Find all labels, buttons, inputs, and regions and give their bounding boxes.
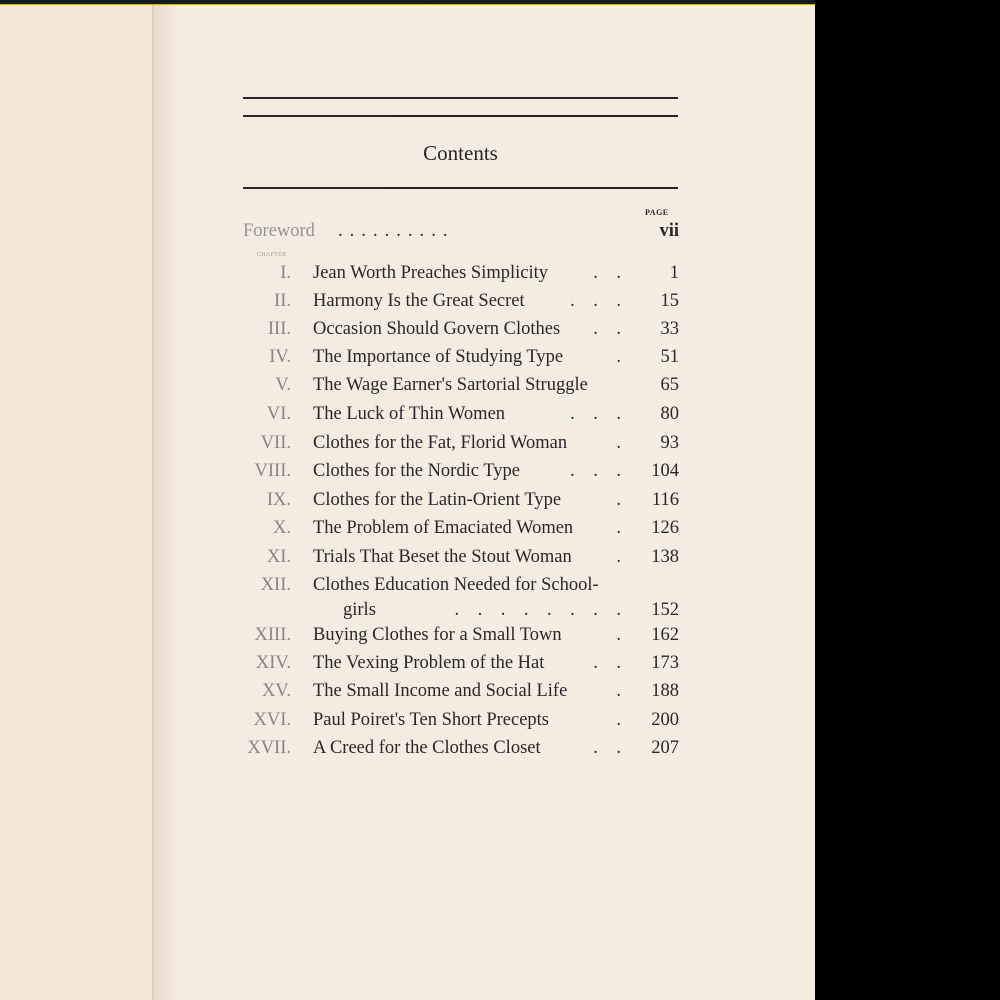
- leader-dots: . .: [593, 653, 621, 674]
- toc-chapter-row[interactable]: II.Harmony Is the Great Secret. . .15: [243, 291, 679, 317]
- chapter-title: Clothes for the Latin-Orient Type: [313, 490, 561, 511]
- chapter-page: 1: [670, 263, 679, 284]
- chapter-numeral: III.: [268, 319, 291, 340]
- toc-chapter-row[interactable]: XV.The Small Income and Social Life.188: [243, 681, 679, 707]
- chapter-page: 126: [651, 518, 679, 539]
- chapter-numeral: X.: [273, 518, 291, 539]
- chapter-title: Trials That Beset the Stout Woman: [313, 547, 572, 568]
- toc-chapter-row[interactable]: XIV.The Vexing Problem of the Hat. .173: [243, 653, 679, 679]
- chapter-page: 138: [651, 547, 679, 568]
- chapter-title: The Problem of Emaciated Women: [313, 518, 573, 539]
- leader-dots: .: [616, 547, 621, 568]
- chapter-page: 93: [661, 433, 680, 454]
- chapter-title: A Creed for the Clothes Closet: [313, 738, 541, 759]
- chapter-numeral: IV.: [269, 347, 291, 368]
- leader-dots: . . . . . . . . . .: [338, 221, 449, 242]
- toc-chapter-row[interactable]: X.The Problem of Emaciated Women.126: [243, 518, 679, 544]
- foreword-page: vii: [659, 221, 679, 242]
- foreword-title: Foreword: [243, 221, 315, 242]
- chapter-title: The Small Income and Social Life: [313, 681, 567, 702]
- toc-chapter-row[interactable]: XII.Clothes Education Needed for School-: [243, 575, 679, 601]
- chapter-page: 51: [661, 347, 680, 368]
- leader-dots: . . .: [570, 291, 621, 312]
- chapter-title: The Importance of Studying Type: [313, 347, 563, 368]
- chapter-title: Harmony Is the Great Secret: [313, 291, 525, 312]
- chapter-numeral: VI.: [267, 404, 291, 425]
- chapter-numeral: VII.: [261, 433, 291, 454]
- chapter-title: Buying Clothes for a Small Town: [313, 625, 562, 646]
- toc-chapter-continuation[interactable]: girls. . . . . . . .152: [243, 600, 679, 626]
- leader-dots: .: [616, 518, 621, 539]
- chapter-title-continuation: girls: [343, 600, 376, 621]
- chapter-numeral: II.: [274, 291, 291, 312]
- chapter-title: Clothes for the Fat, Florid Woman: [313, 433, 567, 454]
- chapter-numeral: V.: [275, 375, 291, 396]
- chapter-title: The Luck of Thin Women: [313, 404, 505, 425]
- chapter-page: 65: [661, 375, 680, 396]
- chapter-page: 162: [651, 625, 679, 646]
- leader-dots: .: [616, 625, 621, 646]
- chapter-numeral: VIII.: [255, 461, 291, 482]
- chapter-title: Paul Poiret's Ten Short Precepts: [313, 710, 549, 731]
- chapter-numeral: XI.: [267, 547, 291, 568]
- toc-chapter-row[interactable]: V.The Wage Earner's Sartorial Struggle65: [243, 375, 679, 401]
- leader-dots: . . .: [570, 404, 621, 425]
- toc-chapter-row[interactable]: XI.Trials That Beset the Stout Woman.138: [243, 547, 679, 573]
- chapter-page: 33: [661, 319, 680, 340]
- toc-chapter-row[interactable]: XVI.Paul Poiret's Ten Short Precepts.200: [243, 710, 679, 736]
- toc-chapter-row[interactable]: IX.Clothes for the Latin-Orient Type.116: [243, 490, 679, 516]
- chapter-page: 80: [661, 404, 680, 425]
- chapter-column-label: CHAPTER: [257, 252, 286, 258]
- toc-chapter-row[interactable]: XVII.A Creed for the Clothes Closet. .20…: [243, 738, 679, 764]
- toc-chapter-row[interactable]: I.Jean Worth Preaches Simplicity. .1: [243, 263, 679, 289]
- chapter-numeral: XII.: [261, 575, 291, 596]
- page-column-label: PAGE: [645, 208, 669, 217]
- leader-dots: .: [616, 490, 621, 511]
- leader-dots: . .: [593, 319, 621, 340]
- chapter-numeral: XIV.: [256, 653, 291, 674]
- chapter-numeral: XVI.: [253, 710, 291, 731]
- title-rule: [243, 187, 678, 189]
- chapter-page: 207: [651, 738, 679, 759]
- leader-dots: .: [616, 710, 621, 731]
- chapter-title: Clothes for the Nordic Type: [313, 461, 520, 482]
- chapter-title: The Wage Earner's Sartorial Struggle: [313, 375, 588, 396]
- left-page: [0, 5, 153, 1000]
- chapter-page: 188: [651, 681, 679, 702]
- leader-dots: . . . . . . . .: [455, 600, 622, 621]
- leader-dots: . . .: [570, 461, 621, 482]
- toc-chapter-row[interactable]: VII.Clothes for the Fat, Florid Woman.93: [243, 433, 679, 459]
- chapter-numeral: XVII.: [247, 738, 291, 759]
- leader-dots: .: [616, 433, 621, 454]
- chapter-page: 15: [661, 291, 680, 312]
- chapter-page: 152: [651, 600, 679, 621]
- leader-dots: .: [616, 681, 621, 702]
- chapter-title: Jean Worth Preaches Simplicity: [313, 263, 548, 284]
- toc-chapter-row[interactable]: VIII.Clothes for the Nordic Type. . .104: [243, 461, 679, 487]
- leader-dots: . .: [593, 263, 621, 284]
- toc-chapter-row[interactable]: VI.The Luck of Thin Women. . .80: [243, 404, 679, 430]
- contents-title: Contents: [243, 141, 678, 166]
- toc-chapter-row[interactable]: IV.The Importance of Studying Type.51: [243, 347, 679, 373]
- chapter-page: 200: [651, 710, 679, 731]
- chapter-numeral: IX.: [267, 490, 291, 511]
- chapter-page: 104: [651, 461, 679, 482]
- chapter-numeral: XIII.: [255, 625, 291, 646]
- top-rule-2: [243, 115, 678, 117]
- chapter-numeral: I.: [280, 263, 291, 284]
- chapter-page: 116: [652, 490, 679, 511]
- toc-chapter-row[interactable]: III.Occasion Should Govern Clothes. .33: [243, 319, 679, 345]
- page-gutter: [152, 5, 154, 1000]
- chapter-title: Occasion Should Govern Clothes: [313, 319, 560, 340]
- leader-dots: .: [616, 347, 621, 368]
- toc-chapter-row[interactable]: XIII.Buying Clothes for a Small Town.162: [243, 625, 679, 651]
- leader-dots: . .: [593, 738, 621, 759]
- chapter-numeral: XV.: [262, 681, 291, 702]
- chapter-page: 173: [651, 653, 679, 674]
- chapter-title: Clothes Education Needed for School-: [313, 575, 599, 596]
- toc-foreword[interactable]: Foreword . . . . . . . . . . vii: [243, 221, 679, 247]
- chapter-title: The Vexing Problem of the Hat: [313, 653, 544, 674]
- top-rule-1: [243, 97, 678, 99]
